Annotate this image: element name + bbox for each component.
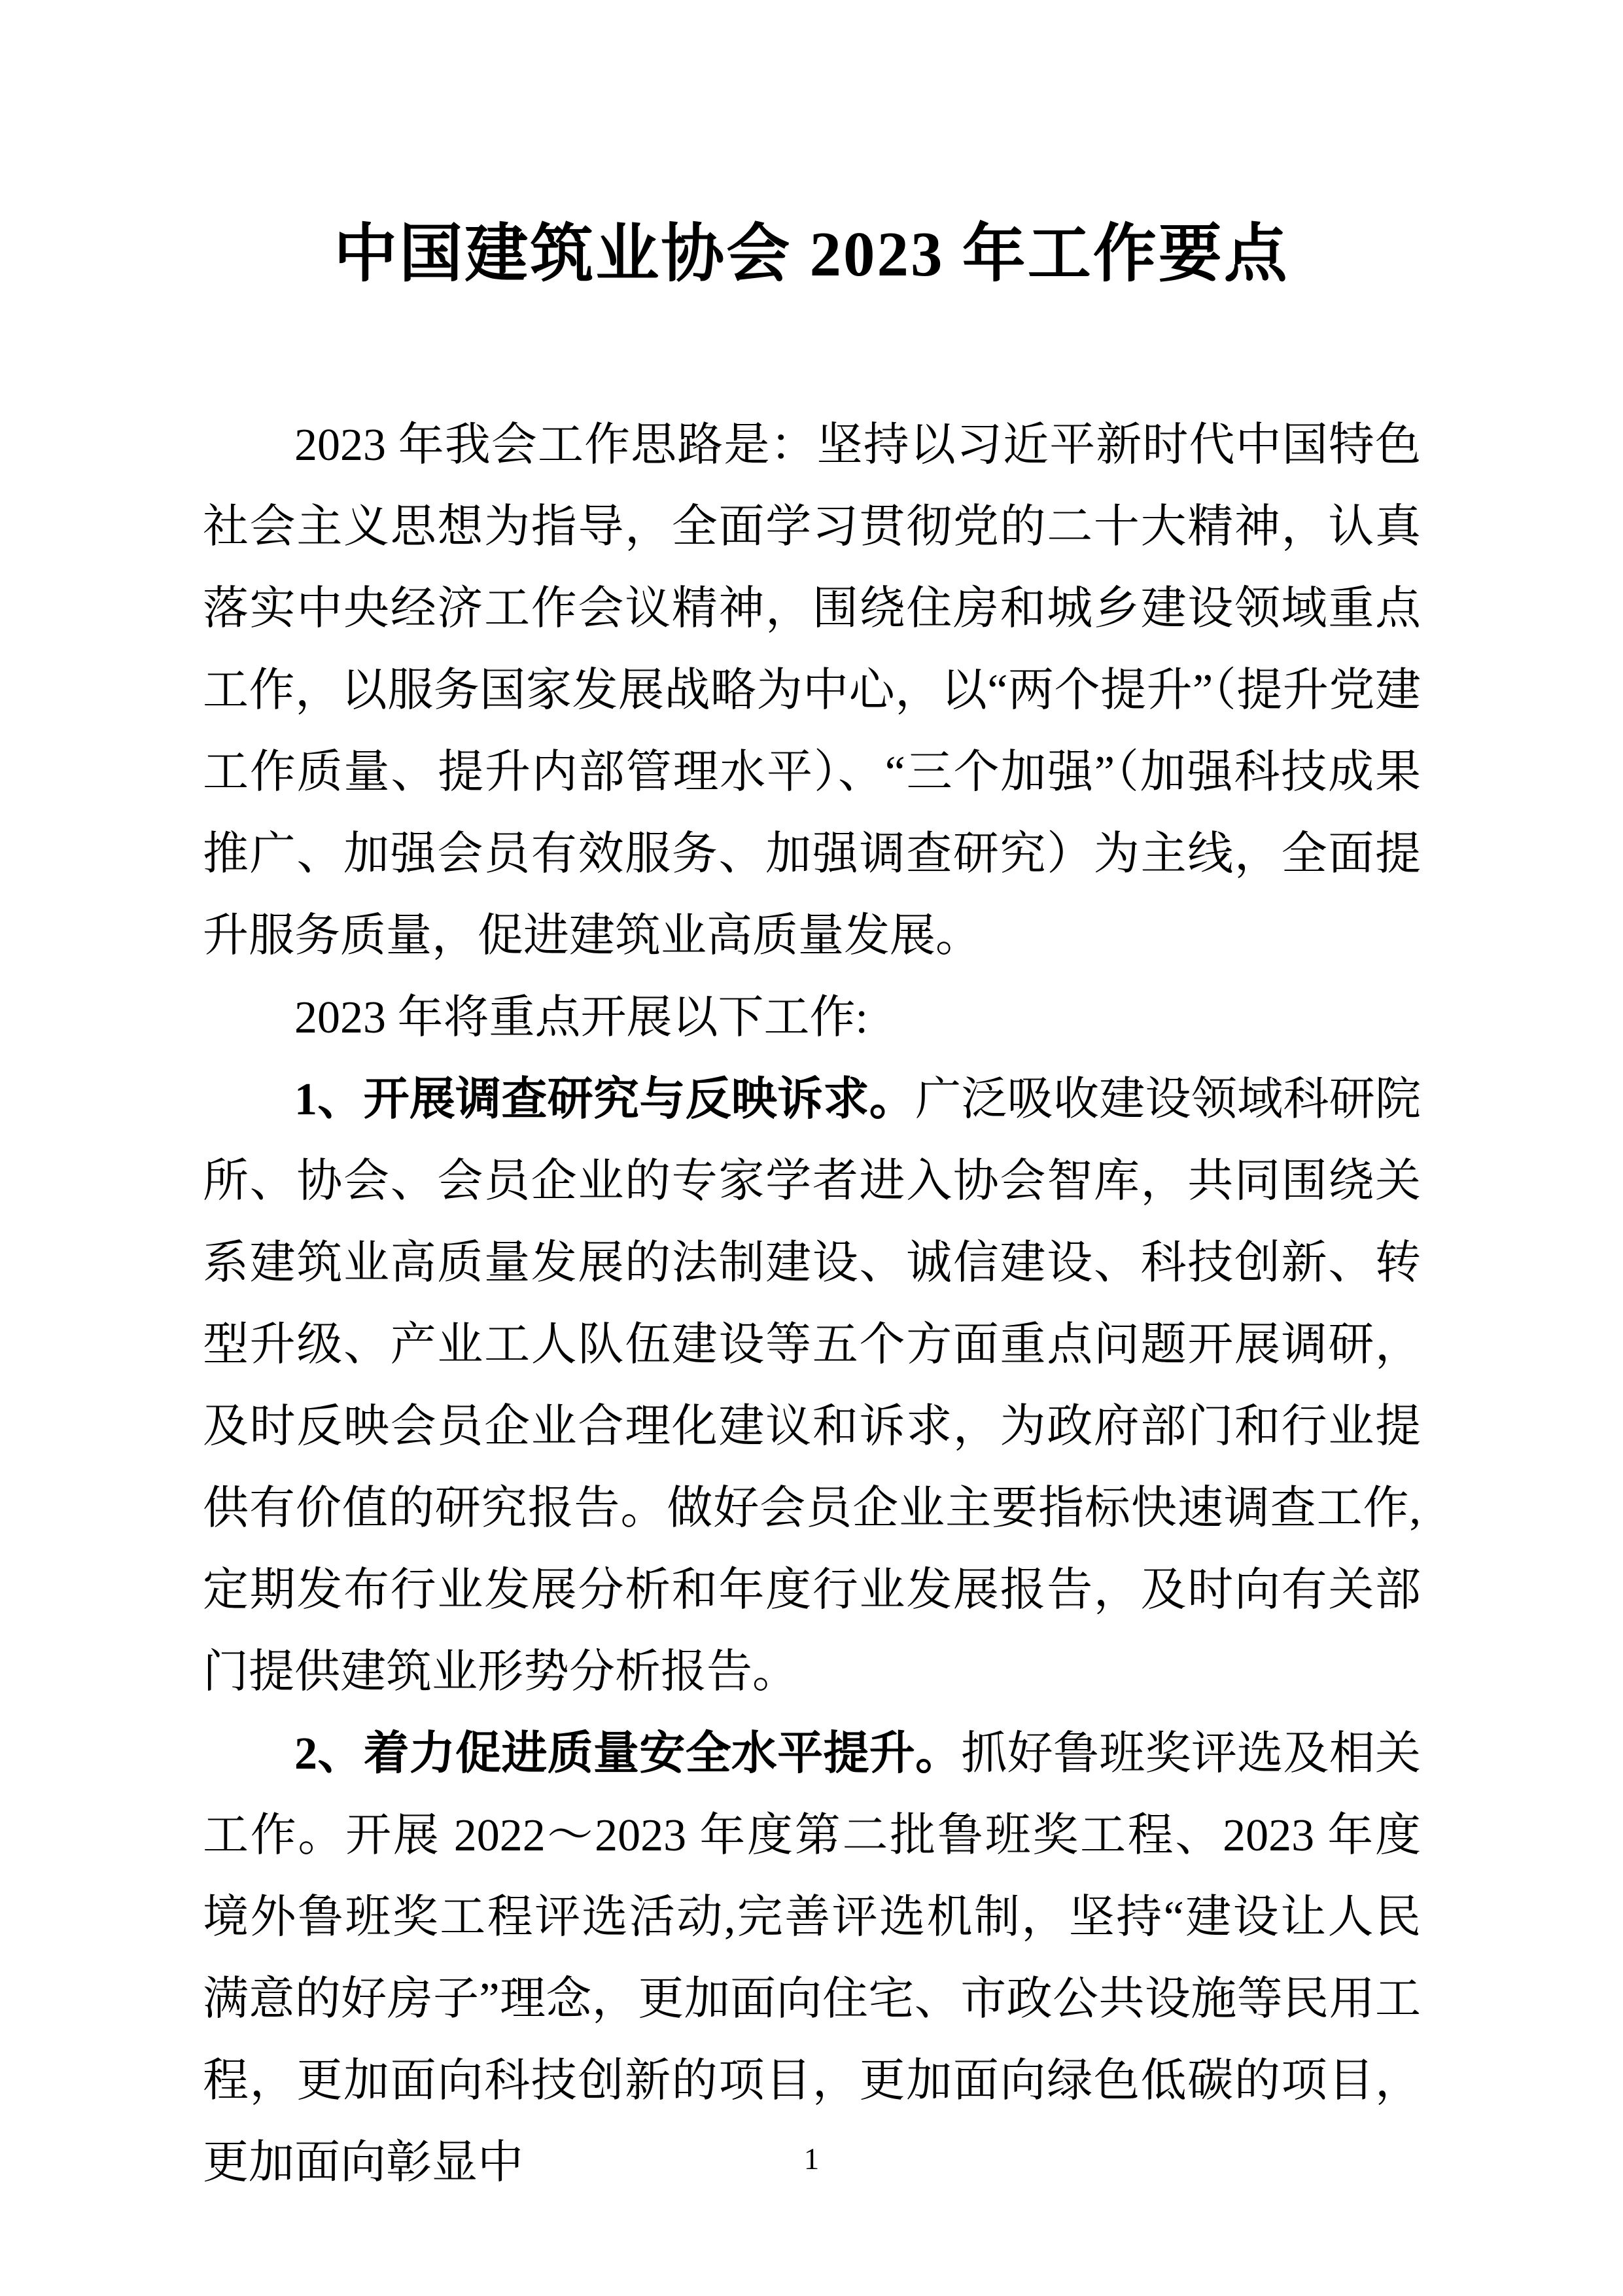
text-run: 2023 年将重点开展以下工作: [294, 993, 868, 1043]
paragraph: 2023 年将重点开展以下工作: [203, 977, 1421, 1059]
bold-text-run: 1、开展调查研究与反映诉求。 [294, 1074, 915, 1125]
document-title: 中国建筑业协会 2023 年工作要点 [0, 215, 1623, 294]
paragraph: 2023 年我会工作思路是：坚持以习近平新时代中国特色社会主义思想为指导，全面学… [203, 404, 1421, 977]
bold-text-run: 2、着力促进质量安全水平提升。 [294, 1729, 961, 1779]
document-page: 中国建筑业协会 2023 年工作要点 2023 年我会工作思路是：坚持以习近平新… [0, 0, 1623, 2296]
text-run: 抓好鲁班奖评选及相关工作。开展 2022～2023 年度第二批鲁班奖工程、202… [203, 1729, 1421, 2188]
document-body: 2023 年我会工作思路是：坚持以习近平新时代中国特色社会主义思想为指导，全面学… [203, 404, 1421, 2204]
text-run: 2023 年我会工作思路是：坚持以习近平新时代中国特色社会主义思想为指导，全面学… [203, 420, 1421, 961]
page-number: 1 [0, 2141, 1623, 2178]
text-run: 广泛吸收建设领域科研院所、协会、会员企业的专家学者进入协会智库，共同围绕关系建筑… [203, 1074, 1421, 1697]
paragraph: 2、着力促进质量安全水平提升。抓好鲁班奖评选及相关工作。开展 2022～2023… [203, 1713, 1421, 2204]
paragraph: 1、开展调查研究与反映诉求。广泛吸收建设领域科研院所、协会、会员企业的专家学者进… [203, 1059, 1421, 1713]
